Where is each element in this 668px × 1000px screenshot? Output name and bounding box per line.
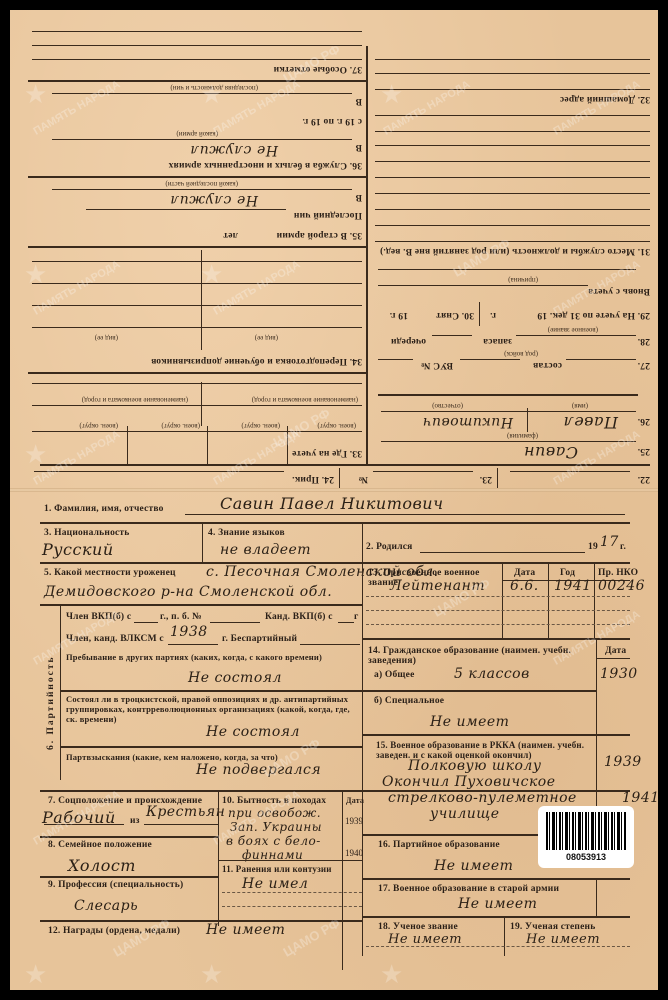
- field-13-year: 1941: [554, 578, 592, 594]
- field-3-value: Русский: [42, 540, 114, 559]
- field-1-value: Савин Павел Никитович: [220, 494, 444, 513]
- star-icon: ★: [380, 960, 403, 990]
- field-12-label: 12. Награды (ордена, медали): [48, 926, 180, 936]
- field-16-label: 16. Партийное образование: [378, 840, 500, 850]
- field-14-label: 14. Гражданское образование (наимен. уче…: [368, 646, 598, 666]
- field-18-value: Не имеет: [388, 932, 462, 947]
- fold-line: [10, 488, 658, 492]
- field-2-year: 17: [600, 534, 619, 550]
- field-14-general-value: 5 классов: [454, 666, 530, 682]
- field-15-date-1: 1939: [604, 754, 642, 770]
- star-icon: ★: [200, 960, 223, 990]
- field-14-date-header: Дата: [605, 646, 626, 656]
- field-13-year-header: Год: [560, 568, 575, 578]
- field-7-from-value: Крестьян: [146, 804, 225, 820]
- field-2-label: 2. Родился: [366, 542, 413, 552]
- field-6-penalties-value: Не подвергался: [196, 762, 321, 778]
- record-card-sheet: 22. 23. № 24. Прик. 25. Савин (фамилия) …: [10, 10, 658, 990]
- field-25-label: 25.: [638, 446, 650, 456]
- field-12-value: Не имеет: [206, 922, 285, 938]
- star-icon: ★: [24, 960, 47, 990]
- field-9-value: Слесарь: [74, 898, 138, 914]
- field-4-label: 4. Знание языков: [208, 528, 285, 538]
- field-13-order-header: Пр. НКО: [598, 568, 638, 578]
- field-16-value: Не имеет: [434, 858, 513, 874]
- field-19-label: 19. Ученая степень: [510, 922, 595, 932]
- field-18-label: 18. Ученое звание: [378, 922, 458, 932]
- upside-down-section: 22. 23. № 24. Прик. 25. Савин (фамилия) …: [10, 10, 658, 488]
- field-23-label: 23.: [480, 474, 492, 484]
- field-15-label: 15. Военное образование в РККА (наимен. …: [376, 740, 596, 760]
- field-1-label: 1. Фамилия, имя, отчество: [44, 504, 164, 514]
- field-13-date: 6.6.: [510, 578, 539, 594]
- field-15-value-line1: Полковую школу: [408, 758, 541, 774]
- field-19-value: Не имеет: [526, 932, 600, 947]
- field-13-date-header: Дата: [514, 568, 535, 578]
- field-10-label: 10. Бытность в походах: [222, 796, 326, 806]
- field-10-date-header: Дата: [346, 796, 364, 805]
- field-3-label: 3. Национальность: [44, 528, 130, 538]
- field-6-label: 6. Партийность: [46, 655, 56, 750]
- field-6-other-parties-value: Не состоял: [188, 670, 282, 686]
- field-17-value: Не имеет: [458, 896, 537, 912]
- barcode-number: 08053913: [538, 852, 634, 862]
- field-5-value-line2: Демидовского р-на Смоленской обл.: [44, 584, 332, 600]
- field-25-value: Савин: [524, 443, 578, 462]
- field-5-label: 5. Какой местности уроженец: [44, 568, 176, 578]
- field-26-name: Павел: [563, 413, 618, 432]
- field-6-opposition-value: Не состоял: [206, 724, 300, 740]
- field-10-date-2: 1940: [345, 848, 363, 858]
- field-15-value-line2: Окончил Пуховичское: [382, 774, 556, 790]
- field-26-patronymic: Никитович: [422, 414, 513, 430]
- field-9-label: 9. Профессия (специальность): [48, 880, 183, 890]
- field-15-value-line3: стрелково-пулеметное: [388, 790, 577, 806]
- archive-barcode: 08053913: [538, 806, 634, 868]
- field-36-value: Не служил: [190, 142, 278, 158]
- field-22-label: 22.: [638, 474, 650, 484]
- field-11-label: 11. Ранения или контузии: [222, 864, 332, 874]
- field-15-date-2: 1941: [622, 790, 660, 806]
- field-14-general-date: 1930: [600, 666, 638, 682]
- field-26-label: 26.: [638, 416, 650, 426]
- field-14-special-value: Не имеет: [430, 714, 509, 730]
- field-8-label: 8. Семейное положение: [48, 840, 152, 850]
- field-11-value: Не имел: [242, 876, 308, 892]
- field-35-value: Не служил: [170, 192, 258, 208]
- field-10-date-1: 1939: [345, 816, 363, 826]
- field-15-value-line4: училище: [430, 806, 500, 822]
- field-17-label: 17. Военное образование в старой армии: [378, 884, 559, 894]
- field-24-label: 24. Прик.: [292, 474, 334, 484]
- barcode-icon: [546, 812, 626, 850]
- field-4-value: не владеет: [220, 542, 311, 558]
- field-6-vlksm-year: 1938: [170, 624, 208, 640]
- field-8-value: Холост: [68, 856, 136, 875]
- field-13-order: 00246: [598, 578, 645, 594]
- field-13-rank: Лейтенант: [390, 578, 485, 594]
